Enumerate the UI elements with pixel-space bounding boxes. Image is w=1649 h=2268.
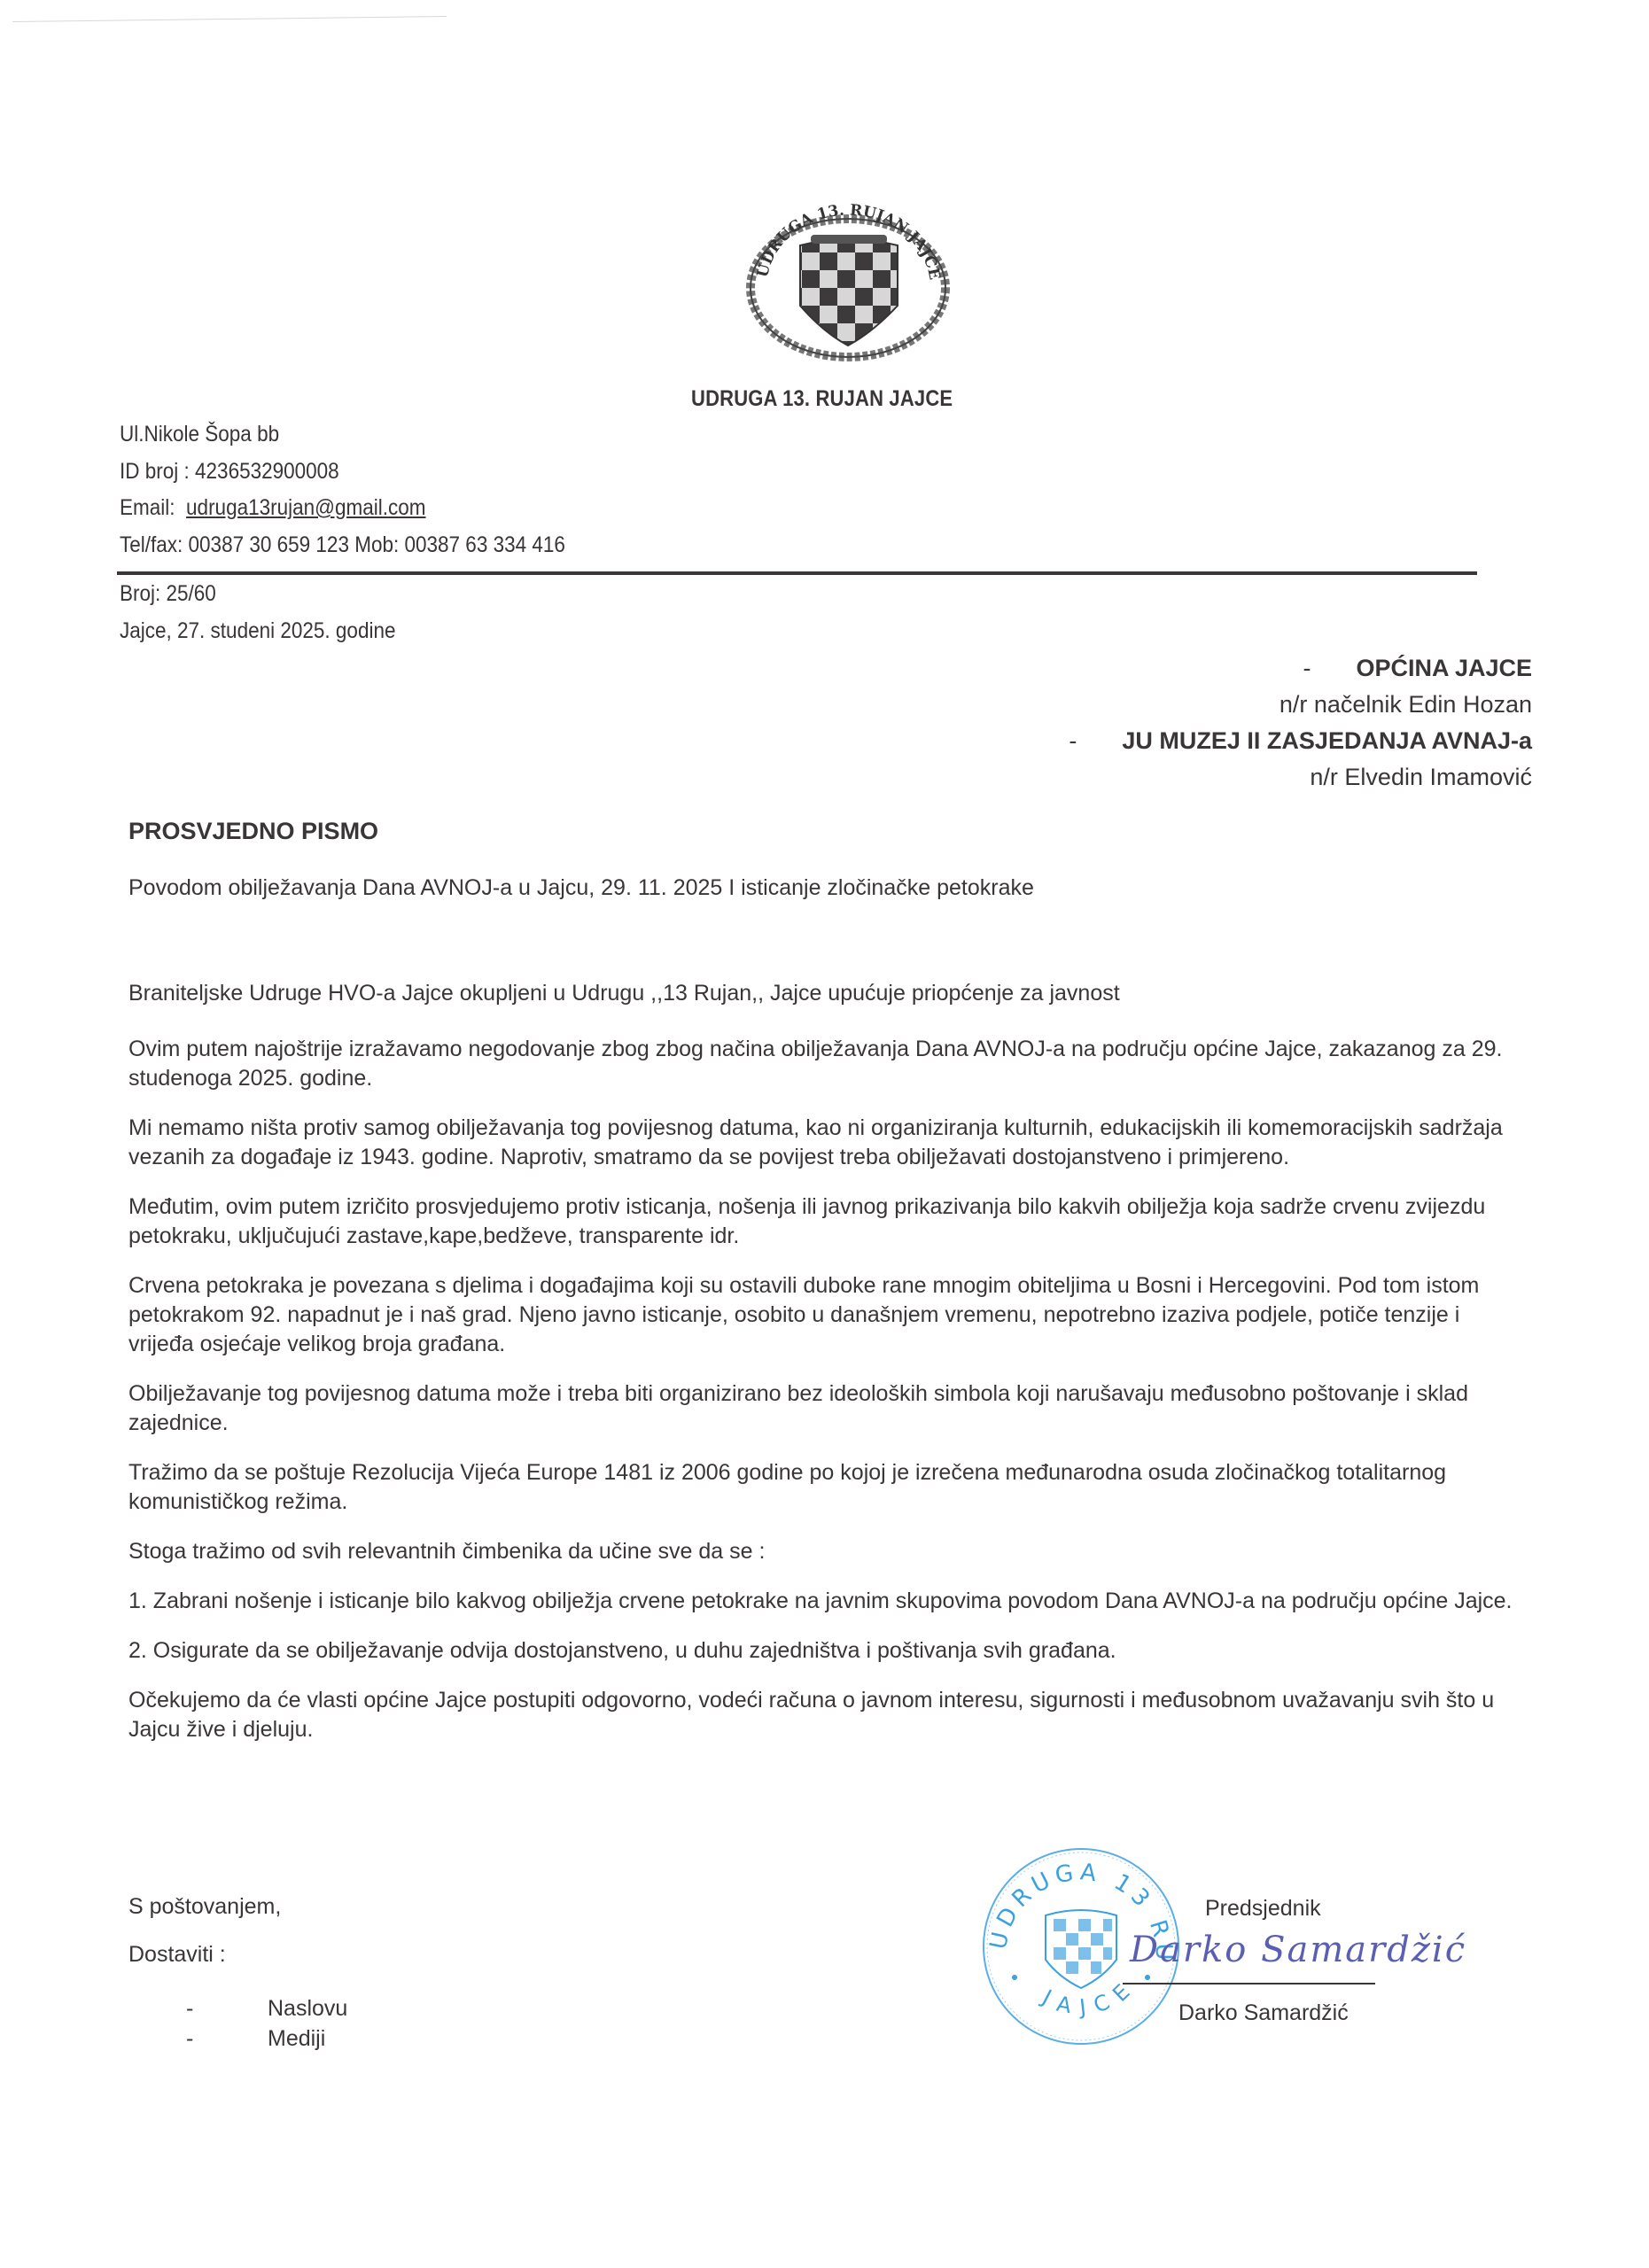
recipient-attn: n/r Elvedin Imamović [1069,759,1532,796]
recipients-block: -OPĆINA JAJCE n/r načelnik Edin Hozan -J… [1069,650,1532,796]
closing: S poštovanjem, [128,1894,281,1920]
reference-date: Jajce, 27. studeni 2025. godine [120,613,395,650]
deliver-label: Dostaviti : [128,1942,226,1968]
paragraph: Mi nemamo ništa protiv samog obilježavan… [128,1114,1520,1172]
signature-line [1123,1983,1375,1984]
signatory-role: Predsjednik [1205,1896,1321,1922]
paragraph: Braniteljske Udruge HVO-a Jajce okupljen… [128,979,1520,1008]
letter-title: PROSVJEDNO PISMO [128,818,378,845]
signatory-name: Darko Samardžić [1178,2000,1349,2026]
paragraph: Međutim, ovim putem izričito prosvjeduje… [128,1192,1520,1251]
recipient-name: -OPĆINA JAJCE [1069,650,1532,687]
reference-number: Broj: 25/60 [120,576,395,613]
handwritten-signature: Darko Samardžić [1130,1930,1466,1970]
email-line: Email: udruga13rujan@gmail.com [120,490,565,527]
recipient-attn: n/r načelnik Edin Hozan [1069,687,1532,723]
deliver-item: -Naslovu [186,1993,347,2023]
organization-logo: UDRUGA 13. RUJAN JAJCE [740,190,957,363]
paragraph: Crvena petokraka je povezana s djelima i… [128,1271,1520,1359]
contact-block: Ul.Nikole Šopa bb ID broj : 423653290000… [120,416,565,563]
reference-block: Broj: 25/60 Jajce, 27. studeni 2025. god… [120,576,395,649]
letter-subject: Povodom obilježavanja Dana AVNOJ-a u Jaj… [128,875,1034,901]
paragraph: Tražimo da se poštuje Rezolucija Vijeća … [128,1458,1520,1517]
paragraph: Obilježavanje tog povijesnog datuma može… [128,1379,1520,1438]
svg-text:JAJCE: JAJCE [1037,1972,1142,2021]
recipient-name: -JU MUZEJ II ZASJEDANJA AVNAJ-a [1069,723,1532,759]
phone-line: Tel/fax: 00387 30 659 123 Mob: 00387 63 … [120,527,565,564]
deliver-item: -Mediji [186,2023,347,2054]
paragraph: Očekujemo da će vlasti općine Jajce post… [128,1686,1520,1744]
letter-body: Braniteljske Udruge HVO-a Jajce okupljen… [128,979,1520,1765]
header-divider [117,571,1477,575]
scan-artifact-line [12,16,447,22]
deliver-list: -Naslovu -Mediji [186,1993,347,2054]
id-number: ID broj : 4236532900008 [120,454,565,491]
address: Ul.Nikole Šopa bb [120,416,565,454]
demand-item: 2. Osigurate da se obilježavanje odvija … [128,1636,1520,1666]
email-label: Email: [120,495,175,520]
demand-item: 1. Zabrani nošenje i isticanje bilo kakv… [128,1587,1520,1616]
email-link[interactable]: udruga13rujan@gmail.com [186,495,425,520]
paragraph: Ovim putem najoštrije izražavamo negodov… [128,1035,1520,1093]
paragraph: Stoga tražimo od svih relevantnih čimben… [128,1537,1520,1566]
organization-name: UDRUGA 13. RUJAN JAJCE [691,386,953,412]
